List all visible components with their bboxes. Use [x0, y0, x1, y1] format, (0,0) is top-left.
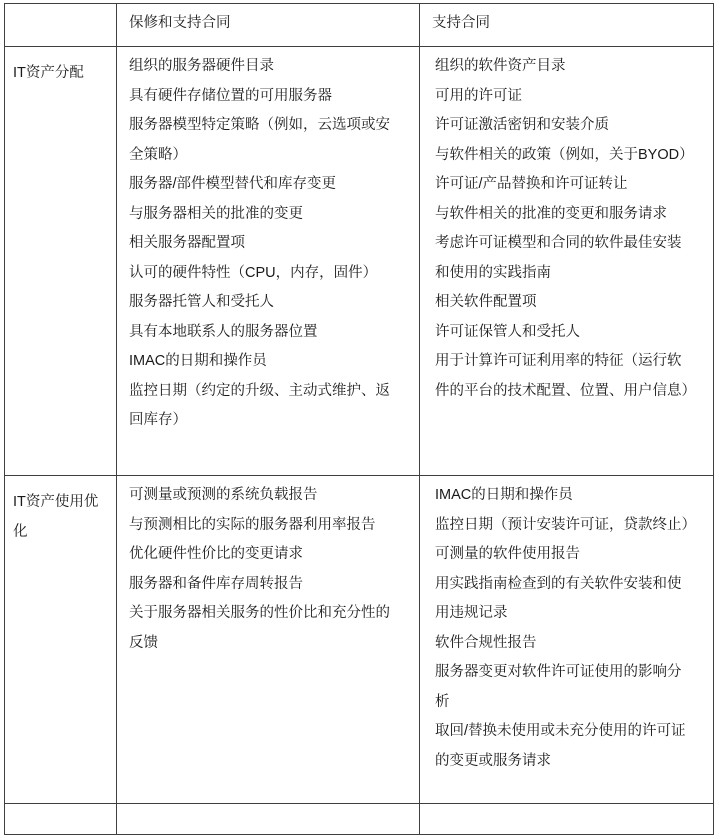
header-cell-warranty-support-contract: 保修和支持合同: [116, 4, 419, 46]
cell-item: 具有硬件存储位置的可用服务器: [129, 82, 401, 112]
warranty-support-items-cell: 可测量或预测的系统负载报告与预测相比的实际的服务器利用率报告优化硬件性价比的变更…: [116, 476, 419, 803]
cell-item: 用于计算许可证利用率的特征（运行软件的平台的技术配置、位置、用户信息）: [435, 347, 689, 406]
cell-item: 具有本地联系人的服务器位置: [129, 318, 401, 348]
table-row-it-asset-usage-optimization: IT资产使用优化 可测量或预测的系统负载报告与预测相比的实际的服务器利用率报告优…: [5, 476, 713, 804]
cell-item: 与服务器相关的批准的变更: [129, 200, 401, 230]
cell-item: 组织的服务器硬件目录: [129, 52, 401, 82]
cell-item: 服务器和备件库存周转报告: [129, 570, 401, 600]
cell-item: 服务器变更对软件许可证使用的影响分析: [435, 658, 689, 717]
warranty-support-items-cell: [116, 804, 419, 811]
cell-item: 可用的许可证: [435, 82, 689, 112]
header-cell-empty: [5, 4, 116, 46]
cell-item: 相关软件配置项: [435, 288, 689, 318]
cell-item: 可测量的软件使用报告: [435, 540, 689, 570]
table-header-row: 保修和支持合同 支持合同: [5, 4, 713, 47]
asset-management-table: 保修和支持合同 支持合同 IT资产分配 组织的服务器硬件目录具有硬件存储位置的可…: [4, 3, 714, 811]
cell-item: 许可证保管人和受托人: [435, 318, 689, 348]
cell-item: IMAC的日期和操作员: [129, 347, 401, 377]
row-label-cell: IT资产使用优化: [5, 476, 116, 803]
table-row-it-asset-allocation: IT资产分配 组织的服务器硬件目录具有硬件存储位置的可用服务器服务器模型特定策略…: [5, 47, 713, 476]
warranty-support-items-cell: 组织的服务器硬件目录具有硬件存储位置的可用服务器服务器模型特定策略（例如，云选项…: [116, 47, 419, 475]
cell-item: 考虑许可证模型和合同的软件最佳安装和使用的实践指南: [435, 229, 689, 288]
support-items-cell: 组织的软件资产目录可用的许可证许可证激活密钥和安装介质与软件相关的政策（例如，关…: [419, 47, 713, 475]
cell-item: 与软件相关的政策（例如，关于BYOD）: [435, 141, 689, 171]
cell-item: 许可证/产品替换和许可证转让: [435, 170, 689, 200]
cell-item: 取回/替换未使用或未充分使用的许可证的变更或服务请求: [435, 717, 689, 776]
support-items-cell: IMAC的日期和操作员监控日期（预计安装许可证，贷款终止）可测量的软件使用报告用…: [419, 476, 713, 803]
cell-item: 组织的软件资产目录: [435, 52, 689, 82]
support-items-cell: [419, 804, 713, 811]
cell-item: 用实践指南检查到的有关软件安装和使用违规记录: [435, 570, 689, 629]
cell-item: 与预测相比的实际的服务器利用率报告: [129, 511, 401, 541]
cell-item: 关于服务器相关服务的性价比和充分性的反馈: [129, 599, 401, 658]
cell-item: 软件合规性报告: [435, 629, 689, 659]
cell-item: 与软件相关的批准的变更和服务请求: [435, 200, 689, 230]
row-label-cell: IT资产分配: [5, 47, 116, 475]
table-row-partial-clipped: [5, 804, 713, 811]
cell-item: 相关服务器配置项: [129, 229, 401, 259]
cell-item: 监控日期（约定的升级、主动式维护、返回库存）: [129, 377, 401, 436]
cell-item: 优化硬件性价比的变更请求: [129, 540, 401, 570]
row-label-cell: [5, 804, 116, 811]
cell-item: 认可的硬件特性（CPU，内存，固件）: [129, 259, 401, 289]
cell-item: IMAC的日期和操作员: [435, 481, 689, 511]
cell-item: 监控日期（预计安装许可证，贷款终止）: [435, 511, 689, 541]
cell-item: 服务器/部件模型替代和库存变更: [129, 170, 401, 200]
header-cell-support-contract: 支持合同: [419, 4, 713, 46]
cell-item: 可测量或预测的系统负载报告: [129, 481, 401, 511]
cell-item: 服务器模型特定策略（例如，云选项或安全策略）: [129, 111, 401, 170]
cell-item: 许可证激活密钥和安装介质: [435, 111, 689, 141]
cell-item: 服务器托管人和受托人: [129, 288, 401, 318]
